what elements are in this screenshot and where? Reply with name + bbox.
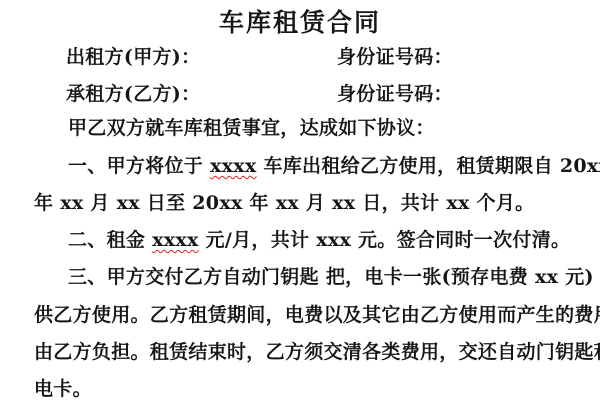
clause-two-line-1: 二、租金 xxxx 元/月，共计 xxx 元。签合同时一次付清。 bbox=[68, 229, 570, 251]
contract-document: 车库租赁合同 出租方(甲方)： 身份证号码： 承租方(乙方)： 身份证号码： 甲… bbox=[0, 0, 600, 400]
spellcheck-underlined-placeholder: xxxx bbox=[152, 229, 199, 251]
clause-two-text-post: 元/月，共计 xxx 元。签合同时一次付清。 bbox=[199, 229, 571, 251]
clause-three-line-2: 供乙方使用。乙方租赁期间，电费以及其它由乙方使用而产生的费用 bbox=[34, 304, 600, 326]
clause-three-line-4: 电卡。 bbox=[34, 378, 92, 400]
clause-one-line-2: 年 xx 月 xx 日至 20xx 年 xx 月 xx 日，共计 xx 个月。 bbox=[34, 192, 534, 214]
lessee-id-label: 身份证号码： bbox=[337, 83, 453, 105]
intro-paragraph: 甲乙双方就车库租赁事宜，达成如下协议： bbox=[68, 117, 435, 139]
lessee-label: 承租方(乙方)： bbox=[66, 83, 200, 105]
document-title: 车库租赁合同 bbox=[0, 3, 600, 39]
clause-three-line-1: 三、甲方交付乙方自动门钥匙 把，电卡一张(预存电费 xx 元) bbox=[68, 266, 594, 288]
lessor-label: 出租方(甲方)： bbox=[66, 46, 200, 68]
clause-two-text-pre: 二、租金 bbox=[68, 229, 152, 251]
clause-one-text-post: 车库出租给乙方使用，租赁期限自 20xx bbox=[257, 155, 600, 177]
clause-one-line-1: 一、甲方将位于 xxxx 车库出租给乙方使用，租赁期限自 20xx bbox=[68, 155, 600, 177]
clause-one-text-pre: 一、甲方将位于 bbox=[68, 155, 210, 177]
spellcheck-underlined-placeholder: xxxx bbox=[210, 155, 257, 177]
clause-three-line-3: 由乙方负担。租赁结束时，乙方须交清各类费用，交还自动门钥匙和 bbox=[34, 341, 600, 363]
lessor-id-label: 身份证号码： bbox=[337, 46, 453, 68]
